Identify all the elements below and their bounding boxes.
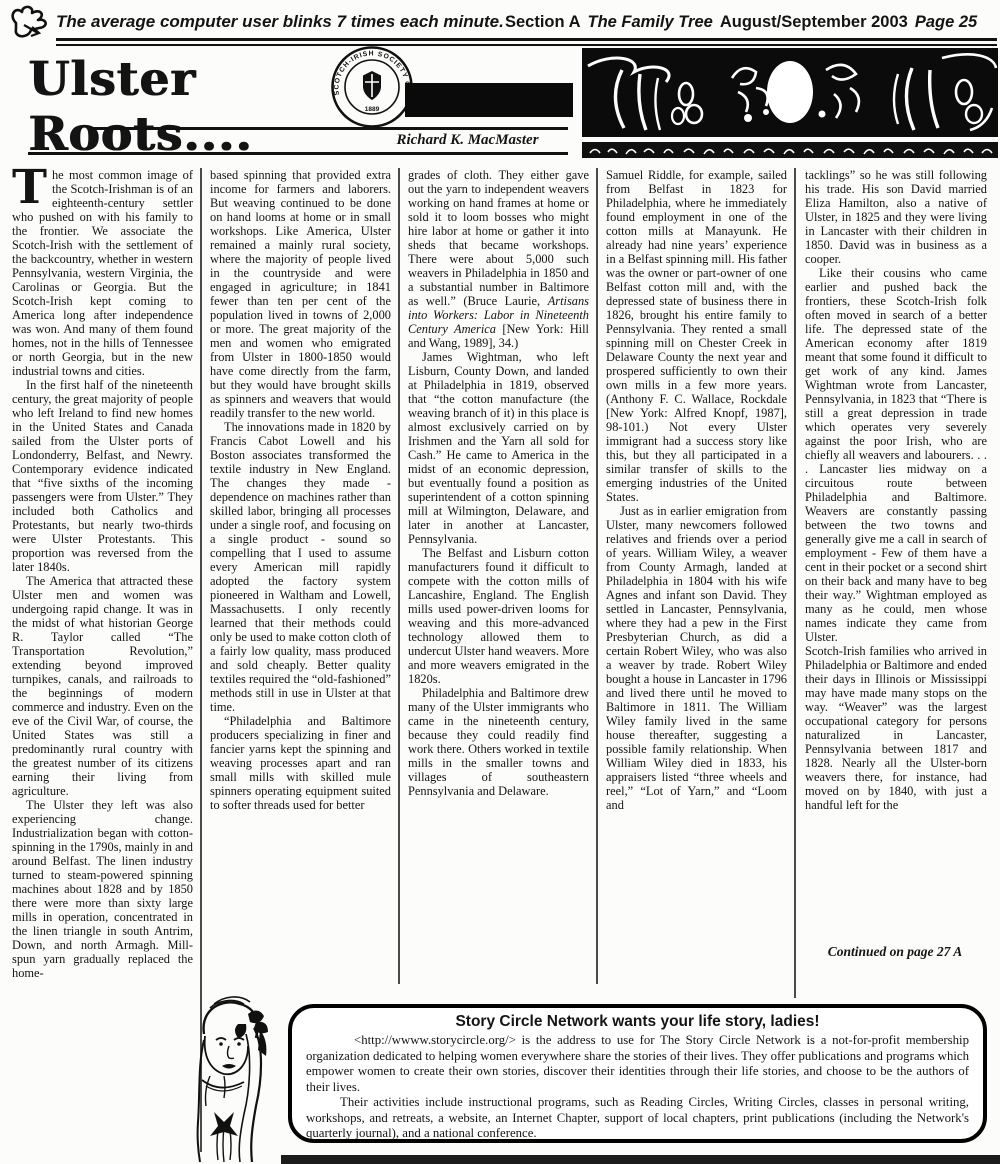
article-column-5: tacklings” so he was still following his… (805, 168, 987, 940)
doodle-icon (4, 3, 52, 43)
publication-name: The Family Tree (587, 13, 712, 31)
decorative-strip (582, 142, 998, 158)
header-rule-top (56, 38, 997, 41)
paragraph: Like their cousins who came earlier and … (805, 266, 987, 644)
ad-box: Story Circle Network wants your life sto… (288, 1004, 987, 1143)
paragraph: James Wightman, who left Lisburn, County… (408, 350, 589, 546)
column-divider (596, 168, 598, 984)
ad-paragraph: <http://wwww.storycircle.org/> is the ad… (306, 1033, 969, 1095)
masthead-rule-bottom (28, 152, 568, 155)
paragraph: Samuel Riddle, for example, sailed from … (606, 168, 787, 504)
article-column-3: grades of cloth. They either gave out th… (408, 168, 589, 986)
masthead-rule-top (90, 127, 568, 130)
byline: Richard K. MacMaster (350, 132, 585, 149)
column-divider (794, 168, 796, 998)
society-seal: SCOTCH-IRISH SOCIETY OF THE U.S.A. 1889 (330, 45, 414, 129)
paragraph: The America that attracted these Ulster … (12, 574, 193, 798)
header-tagline: The average computer user blinks 7 times… (56, 12, 506, 32)
paragraph: Scotch-Irish families who arrived in Phi… (805, 644, 987, 812)
paragraph-text: grades of cloth. They either gave out th… (408, 168, 589, 308)
bottom-bar (281, 1155, 1000, 1164)
header-issue-line: Section AThe Family TreeAugust/September… (505, 13, 997, 32)
ad-title: Story Circle Network wants your life sto… (306, 1013, 969, 1031)
paragraph: Philadelphia and Baltimore drew many of … (408, 686, 589, 798)
paragraph: Just as in earlier emigration from Ulste… (606, 504, 787, 812)
paragraph: grades of cloth. They either gave out th… (408, 168, 589, 350)
drop-cap: T (12, 168, 52, 206)
paragraph: “Philadelphia and Baltimore producers sp… (210, 714, 391, 812)
svg-text:1889: 1889 (365, 106, 380, 113)
section-label: Section A (505, 13, 580, 31)
redaction-bar (405, 83, 573, 117)
paragraph: tacklings” so he was still following his… (805, 168, 987, 266)
continued-notice: Continued on page 27 A (800, 944, 990, 960)
header-rule-bottom (56, 44, 997, 46)
article-column-2: based spinning that provided extra incom… (210, 168, 391, 986)
decorative-banner (582, 48, 998, 137)
issue-date: August/September 2003 (720, 13, 908, 31)
paragraph: The most common image of the Scotch-Iris… (12, 168, 193, 378)
page-number: Page 25 (915, 13, 977, 31)
article-column-1: The most common image of the Scotch-Iris… (12, 168, 193, 1154)
ad-paragraph: Their activities include instructional p… (306, 1095, 969, 1142)
article-column-4: Samuel Riddle, for example, sailed from … (606, 168, 787, 986)
paragraph: The Belfast and Lisburn cotton manufactu… (408, 546, 589, 686)
paragraph: The innovations made in 1820 by Francis … (210, 420, 391, 714)
paragraph: The Ulster they left was also experienci… (12, 798, 193, 980)
column-divider (398, 168, 400, 984)
masthead-title: Ulster Roots.... (28, 52, 328, 162)
woman-illustration (190, 994, 292, 1164)
paragraph: In the first half of the nineteenth cent… (12, 378, 193, 574)
paragraph: based spinning that provided extra incom… (210, 168, 391, 420)
